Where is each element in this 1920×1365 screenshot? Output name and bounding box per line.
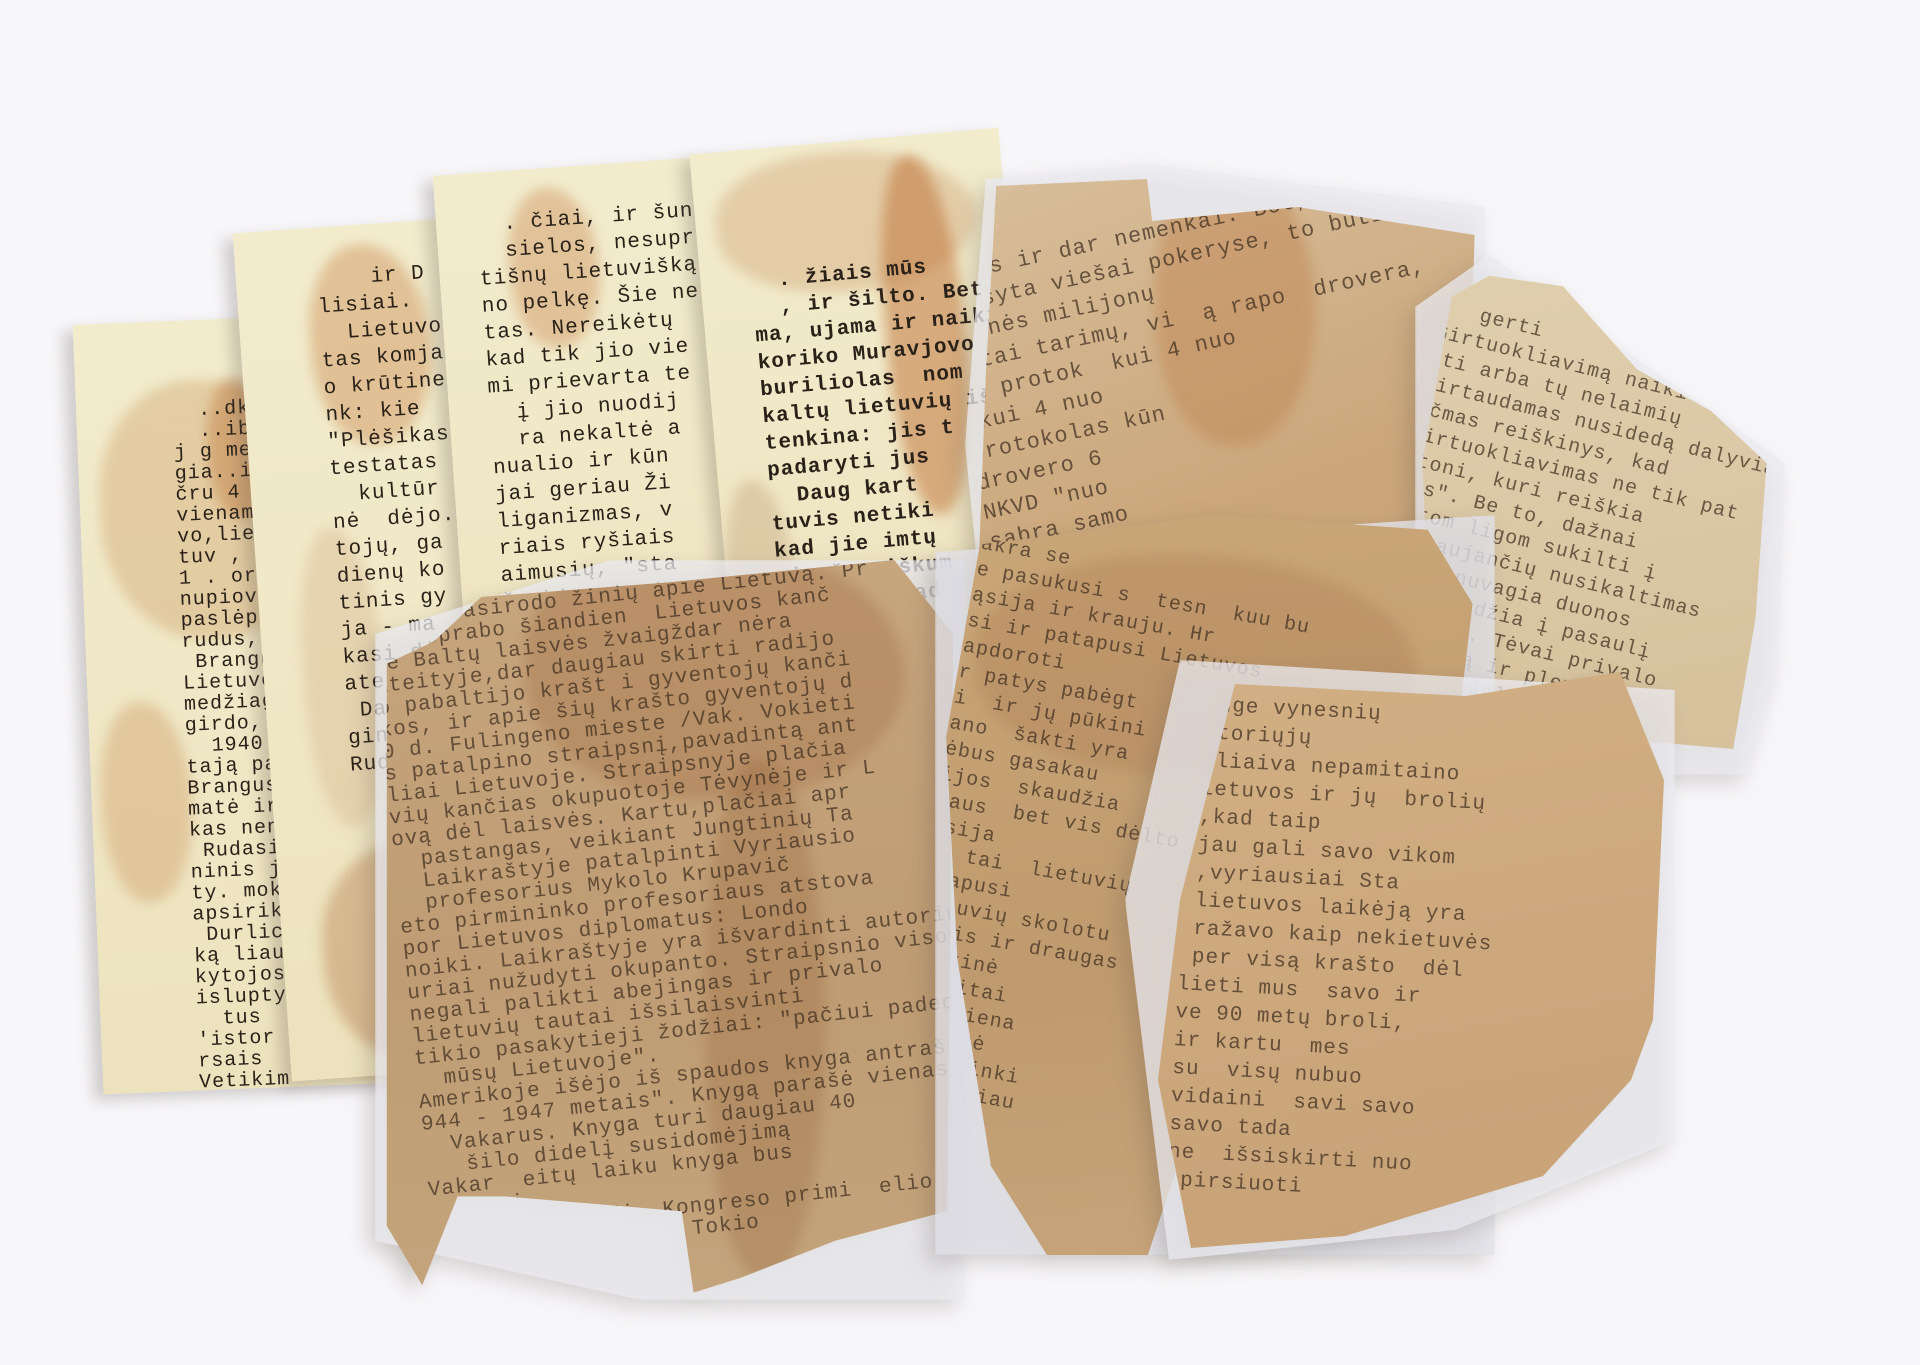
water-stain	[98, 701, 196, 904]
document-fragment-bottom-right: jauge vynesnių AEtoriųjų vėliaiva nepami…	[1125, 660, 1675, 1260]
photo-scene: ..dkio ..ibi j g metu gia..io p čru 4 m …	[0, 0, 1920, 1365]
document-fragment-center-left: , lietuviai esantieji Vakaruose ar pasir…	[375, 560, 965, 1300]
fragment-paper: , lietuviai esantieji Vakaruose ar pasir…	[375, 560, 965, 1300]
typed-text: , lietuviai esantieji Vakaruose ar pasir…	[365, 527, 1032, 1268]
